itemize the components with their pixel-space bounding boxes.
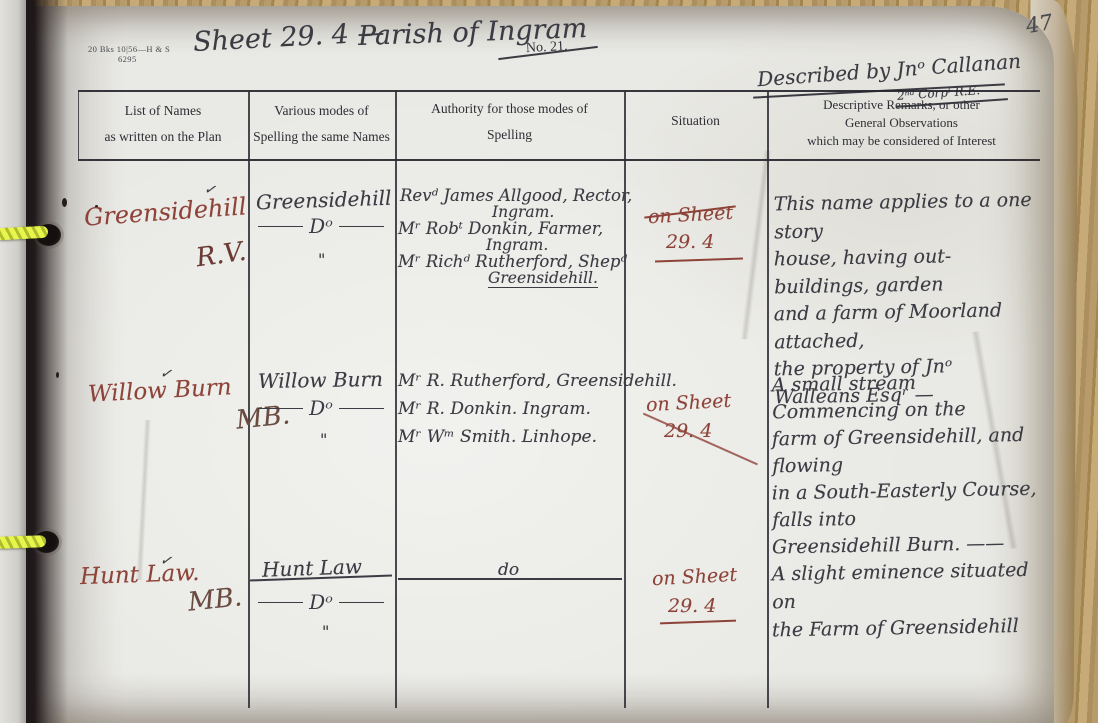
col-header-spelling: Various modes of Spelling the same Names [250,102,393,146]
row2-situation-number: 29. 4 [664,420,712,442]
row2-authority-3: Mʳ Wᵐ Smith. Linhope. [398,427,597,447]
ink-speck [56,372,59,378]
table-top-rule [78,90,1040,92]
row3-repeat-mark: " [322,622,329,641]
binding-gutter [26,0,68,723]
photographed-ledger-page: 47 20 Bks 10|56—H & S 6295 Sheet 29. 4 —… [0,0,1098,723]
row2-authority-1: Mʳ R. Rutherford, Greensidehill. [398,371,677,391]
row3-authority-ditto: do [498,560,519,580]
row1-spelling-ditto: Dᵒ [252,214,390,238]
row3-situation-sheet: on Sheet [651,564,737,590]
col-header-authority: Authority for those modes of Spelling [397,100,622,144]
page-number: 47 [1024,10,1054,38]
row3-name: Hunt Law. [80,560,200,590]
column-rule-3 [624,91,626,708]
row2-situation-sheet: on Sheet [645,390,731,416]
ink-speck [62,198,67,207]
row1-repeat-mark: " [318,250,325,269]
binding-cord-bottom [0,535,46,549]
print-stamp: 20 Bks 10|56—H & S 6295 [88,44,170,64]
column-rule-1 [248,91,250,708]
row1-authority-6: Greensidehill. [488,269,598,288]
row1-spelling: Greensidehill [256,186,392,215]
table-header-rule [78,159,1040,161]
row3-remarks: A slight eminence situated on the Farm o… [772,558,1044,642]
col-header-remarks: Descriptive Remarks, or other General Ob… [769,96,1034,150]
col-header-names: List of Names as written on the Plan [80,102,246,146]
row3-situation-number: 29. 4 [668,595,716,617]
column-rule-2 [395,91,397,708]
print-stamp-line2: 6295 [118,54,170,64]
row3-spelling-ditto: Dᵒ [252,590,390,614]
row2-authority-2: Mʳ R. Donkin. Ingram. [398,399,591,419]
row2-spelling: Willow Burn [258,367,383,393]
row2-spelling-ditto: Dᵒ [252,396,390,420]
column-rule-4 [767,91,769,708]
row2-repeat-mark: " [320,430,327,449]
col-header-situation: Situation [626,112,765,130]
row2-remarks: A small stream Commencing on the farm of… [772,370,1044,559]
book-number: No. 21. [526,39,568,57]
row1-situation-number: 29. 4 [666,231,714,253]
print-stamp-line1: 20 Bks 10|56—H & S [88,44,170,54]
examiner-monogram: MB. [187,582,244,617]
